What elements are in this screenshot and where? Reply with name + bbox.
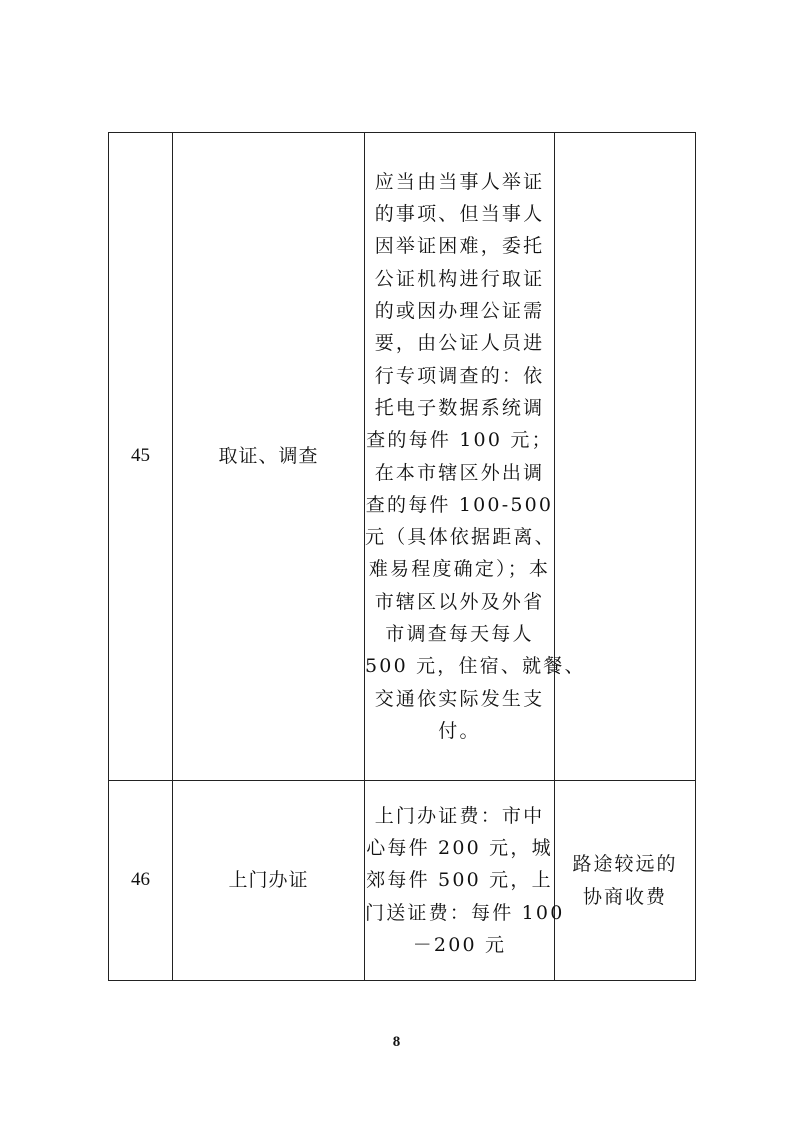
table-row-46: 46 上门办证 上门办证费：市中 心每件 200 元，城 郊每件 500 元，上…	[109, 781, 696, 981]
page-number: 8	[0, 1034, 793, 1051]
description-line: 市调查每天每人	[365, 618, 554, 650]
description-line: 应当由当事人举证	[365, 166, 554, 198]
row-number: 46	[109, 781, 173, 981]
description-line: 郊每件 500 元，上	[365, 864, 554, 896]
description-line: －200 元	[365, 929, 554, 961]
fee-description: 上门办证费：市中 心每件 200 元，城 郊每件 500 元，上 门送证费：每件…	[365, 781, 555, 981]
service-item: 上门办证	[173, 781, 365, 981]
table-row-45: 45 取证、调查 应当由当事人举证 的事项、但当事人 因举证困难，委托 公证机构…	[109, 133, 696, 781]
description-line: 交通依实际发生支	[365, 683, 554, 715]
description-line: 行专项调查的：依	[365, 360, 554, 392]
row-number: 45	[109, 133, 173, 781]
description-line: 公证机构进行取证	[365, 263, 554, 295]
note-line: 路途较远的	[555, 848, 695, 880]
fee-description: 应当由当事人举证 的事项、但当事人 因举证困难，委托 公证机构进行取证 的或因办…	[365, 133, 555, 781]
description-line: 查的每件 100 元；	[365, 424, 554, 456]
description-line: 上门办证费：市中	[365, 800, 554, 832]
description-line: 托电子数据系统调	[365, 392, 554, 424]
description-line: 的或因办理公证需	[365, 295, 554, 327]
description-line: 市辖区以外及外省	[365, 586, 554, 618]
description-line: 心每件 200 元，城	[365, 832, 554, 864]
description-line: 的事项、但当事人	[365, 198, 554, 230]
note-line: 协商收费	[555, 881, 695, 913]
description-line: 元（具体依据距离、	[365, 521, 554, 553]
description-line: 门送证费：每件 100	[365, 897, 554, 929]
description-line: 在本市辖区外出调	[365, 457, 554, 489]
description-line: 难易程度确定）；本	[365, 553, 554, 585]
description-line: 500 元，住宿、就餐、	[365, 650, 554, 682]
document-page: 45 取证、调查 应当由当事人举证 的事项、但当事人 因举证困难，委托 公证机构…	[0, 0, 793, 1122]
description-line: 因举证困难，委托	[365, 230, 554, 262]
description-line: 付。	[365, 715, 554, 747]
fee-note: 路途较远的 协商收费	[555, 781, 696, 981]
notary-fee-table: 45 取证、调查 应当由当事人举证 的事项、但当事人 因举证困难，委托 公证机构…	[108, 132, 696, 981]
fee-note	[555, 133, 696, 781]
service-item: 取证、调查	[173, 133, 365, 781]
description-line: 要，由公证人员进	[365, 327, 554, 359]
description-line: 查的每件 100-500	[365, 489, 554, 521]
